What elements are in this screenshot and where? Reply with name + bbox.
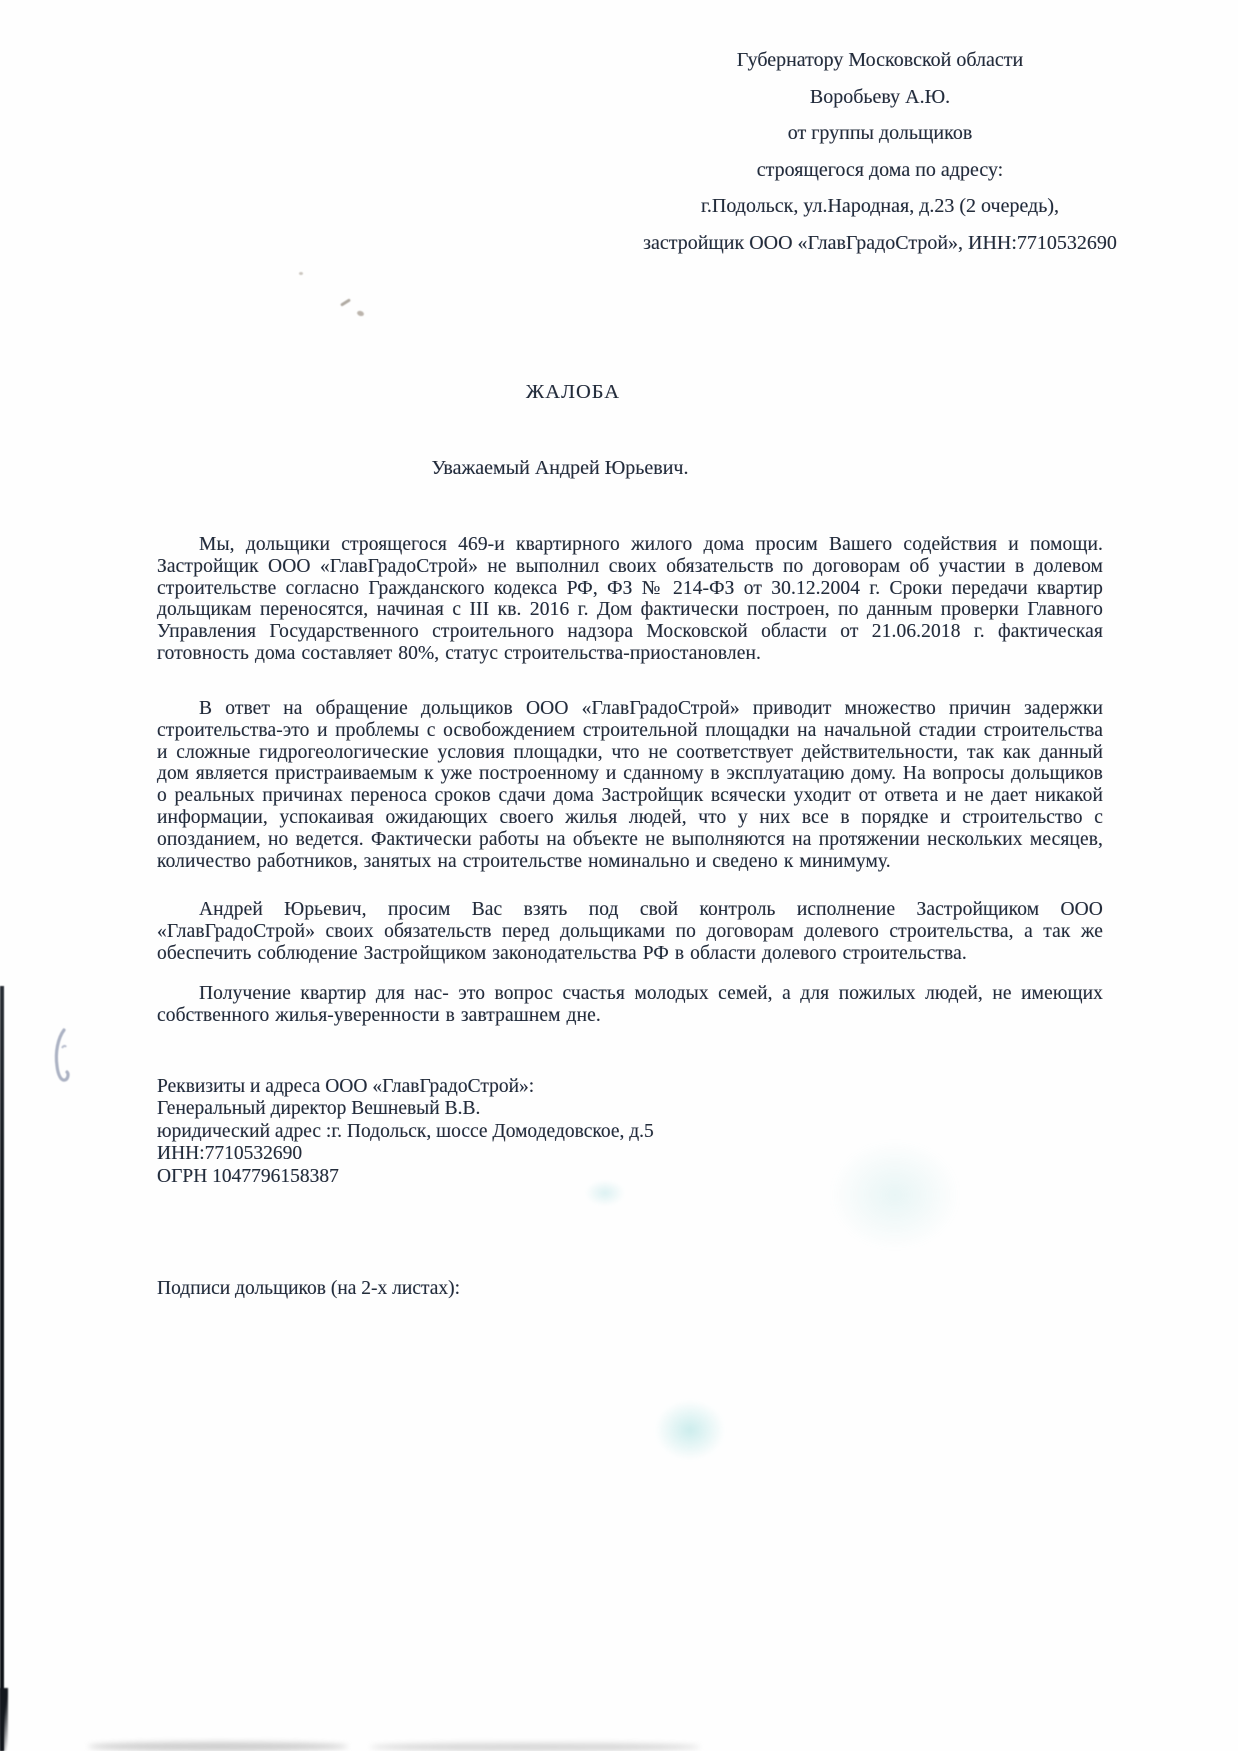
scan-smudge-cyan-2 — [830, 1140, 960, 1250]
requisites-legal-address: юридический адрес :г. Подольск, шоссе До… — [157, 1121, 1103, 1143]
document-title: ЖАЛОБА — [0, 381, 1146, 404]
scan-smudge-cyan-3 — [585, 1180, 625, 1206]
signatures-label: Подписи дольщиков (на 2-х листах): — [157, 1278, 460, 1300]
body-paragraph-1: Мы, дольщики строящегося 469-и квартирно… — [157, 534, 1103, 665]
body-paragraph-4: Получение квартир для нас- это вопрос сч… — [157, 983, 1103, 1027]
pencil-speck-2 — [356, 310, 364, 317]
requisites-block: Реквизиты и адреса ООО «ГлавГрадоСтрой»:… — [157, 1076, 1103, 1188]
pencil-speck-3 — [299, 272, 303, 275]
pen-squiggle-mark — [48, 1026, 82, 1090]
sender-line-developer: застройщик ООО «ГлавГрадоСтрой», ИНН:771… — [600, 225, 1160, 262]
body-paragraph-3: Андрей Юрьевич, просим Вас взять под сво… — [157, 899, 1103, 964]
recipient-line-authority: Губернатору Московской области — [600, 42, 1160, 79]
requisites-inn: ИНН:7710532690 — [157, 1143, 1103, 1165]
recipient-block: Губернатору Московской области Воробьеву… — [600, 42, 1160, 261]
scanned-letter-page: Губернатору Московской области Воробьеву… — [0, 0, 1238, 1751]
scan-edge-left — [0, 986, 4, 1751]
recipient-line-name: Воробьеву А.Ю. — [600, 79, 1160, 116]
sender-line-address: г.Подольск, ул.Народная, д.23 (2 очередь… — [600, 188, 1160, 225]
pencil-speck-1 — [340, 298, 351, 306]
scan-edge-left-corner — [0, 1688, 8, 1751]
scan-smudge-bottom-1 — [88, 1742, 348, 1751]
scan-smudge-cyan-1 — [655, 1400, 725, 1460]
requisites-director: Генеральный директор Вешневый В.В. — [157, 1098, 1103, 1120]
sender-line-group: от группы дольщиков — [600, 115, 1160, 152]
requisites-ogrn: ОГРН 1047796158387 — [157, 1166, 1103, 1188]
sender-line-house: строящегося дома по адресу: — [600, 152, 1160, 189]
salutation: Уважаемый Андрей Юрьевич. — [0, 457, 1120, 480]
scan-smudge-bottom-2 — [370, 1743, 700, 1751]
body-paragraph-2: В ответ на обращение дольщиков ООО «Глав… — [157, 698, 1103, 872]
requisites-heading: Реквизиты и адреса ООО «ГлавГрадоСтрой»: — [157, 1076, 1103, 1098]
